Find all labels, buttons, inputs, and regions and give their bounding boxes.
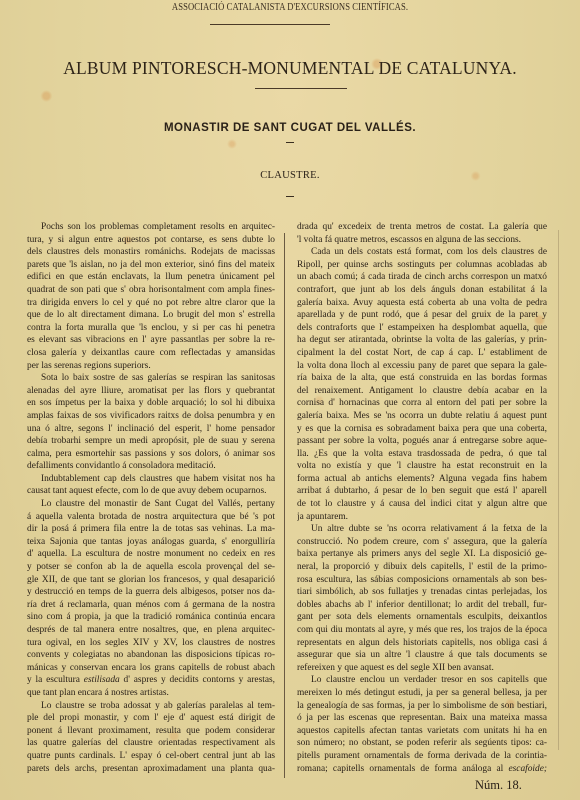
text-line: passant per sobre la volta, pogués anar … (297, 435, 547, 448)
text-line: una ó altre, segons l' inclinació del es… (27, 423, 275, 436)
text-line: causat tant aquest efecte, com lo de que… (27, 485, 275, 498)
text-line: pitells purament ornamentals de forma de… (297, 750, 547, 763)
text-line: baixa pertanye als primers anys del segl… (297, 548, 547, 561)
text-line: contrafort, que junt ab los dels ánguls … (297, 284, 547, 297)
text-line: debía trobarhi sempre un medi apropósit,… (27, 435, 275, 448)
text-line: amplas faixas de sos vivificadors raitxs… (27, 410, 275, 423)
text-line: parets dels archs, presentan aproximadam… (27, 763, 275, 776)
text-line: Lo claustre se troba adossat y ab galerí… (27, 700, 275, 713)
text-line: ó ja per las escenas que representan. Ba… (297, 712, 547, 725)
text-line: tiari simbólich, ab sos fullatjes y tren… (297, 586, 547, 599)
album-title: ALBUM PINTORESCH-MONUMENTAL DE CATALUNYA… (0, 58, 580, 79)
text-line: del renaixement. Antigament lo claustre … (297, 385, 547, 398)
page-number: Núm. 18. (475, 778, 522, 793)
text-line: calma, pera esmortehir sas passions y so… (27, 448, 275, 461)
text-line: Lo claustre del monastir de Sant Cugat d… (27, 498, 275, 511)
text-line: tura ogival, en los segles XIV y XV, los… (27, 637, 275, 650)
text-line: á aquella valenta brotada de nostra arqu… (27, 511, 275, 524)
text-line: closa galería y deixantlas caure com ref… (27, 347, 275, 360)
header-rule (210, 24, 330, 25)
text-line: com qui diu montats al ayre, y més que r… (297, 624, 547, 637)
society-header: ASSOCIACIÓ CATALANISTA D'EXCURSIONS CIEN… (52, 2, 528, 13)
text-line: mereixen lo més detingut estudi, ja per … (297, 687, 547, 700)
text-line: la genealogía de sas formas, ja per lo s… (297, 700, 547, 713)
text-line: refereixen y que aquest es del segle XII… (297, 662, 547, 675)
text-line: ponent á llevant proximament, resulta qu… (27, 725, 275, 738)
text-line: lla. ¿Es que la volta estava trasdossada… (297, 448, 547, 461)
text-line: son número; no obstant, se poden referir… (297, 737, 547, 750)
text-line: alenadas del ayre lliure, aromatisat per… (27, 385, 275, 398)
text-line: tura, y si algun entre aquestos pot cont… (27, 234, 275, 247)
text-line: edifici en que están enclavats, la llum … (27, 271, 275, 284)
text-line: ha degut ser atirantada, obrintse la vol… (297, 334, 547, 347)
text-line: Sota lo baix sostre de sas galerías se r… (27, 372, 275, 385)
text-line: drada qu' excedeix de trenta metros de c… (297, 221, 547, 234)
text-line: Un altre dubte se 'ns ocorra relativamen… (297, 523, 547, 536)
text-line: galería baixa. Avuy aquesta está coberta… (297, 297, 547, 310)
text-line: y la escultura estilisada d' aspres y de… (27, 674, 275, 687)
text-line: parets que 'ls aislan, no ja del mon ext… (27, 259, 275, 272)
text-line: la volta dona lloch al excessiu pany de … (297, 360, 547, 373)
text-line: ja apuntarem. (297, 511, 547, 524)
title-rule (255, 88, 347, 89)
text-line: construcció. No podem creure, com s' ass… (297, 536, 547, 549)
text-line: ple del propi monastir, y com l' eje d' … (27, 712, 275, 725)
text-line: en sos ímpetus per la baixa y doble arqu… (27, 397, 275, 410)
text-line: cornisa d' hornacinas que corra al entor… (297, 397, 547, 410)
text-line: ría dret á reclamarla, quan ménos com á … (27, 599, 275, 612)
text-line: quadrat de son pati que s' obra horisont… (27, 284, 275, 297)
ornament-dash (286, 142, 294, 143)
text-line: dobles abachs ab l' inferior dentillonat… (297, 599, 547, 612)
text-line: convents y colegiatas no abandonan las d… (27, 649, 275, 662)
text-line: sino com á propia, ja que la tradició ro… (27, 611, 275, 624)
text-line: Cada un dels costats está format, com lo… (297, 246, 547, 259)
text-line: tra dirigida envers lo cel y qué no pot … (27, 297, 275, 310)
text-line: cipalment la del costat Nort, de cap á c… (297, 347, 547, 360)
column-divider (284, 233, 285, 778)
text-line: després de tal manera entre nosaltres, q… (27, 624, 275, 637)
text-line: mánicas y conservan encara los grans cap… (27, 662, 275, 675)
text-line: contra la forta muralla que 'ls enclou, … (27, 322, 275, 335)
text-line: per las serenas regions superiors. (27, 360, 275, 373)
text-line: aquestos capitells afectan tantas variet… (297, 725, 547, 738)
text-line: defalliments convidantlo á consoladora m… (27, 460, 275, 473)
text-line: dir la posá á primera fila entre la de t… (27, 523, 275, 536)
text-line: Pochs son los problemas completament res… (27, 221, 275, 234)
text-line: dels claustres dels monastirs románichs.… (27, 246, 275, 259)
section-title: CLAUSTRE. (0, 170, 580, 181)
text-line: Ripoll, per quinse archs sostinguts per … (297, 259, 547, 272)
text-line: gle XII, de que tant se glorian los fran… (27, 574, 275, 587)
text-line: que tant plan encara á nostres artistas. (27, 687, 275, 700)
text-line: galería baixa. Mes se 'ns ocorra un dubt… (297, 410, 547, 423)
text-line: quatre punts cardinals. L' espay ó cel-o… (27, 750, 275, 763)
text-line: volta no existía y que 'l claustre ha es… (297, 460, 547, 473)
text-line: arribat á dubtarho, á pesar de lo ben se… (297, 485, 547, 498)
text-line: las quatre galerías del claustre orienta… (27, 737, 275, 750)
text-line: de tot lo claustre y á causa del indici … (297, 498, 547, 511)
text-line: aparellada y de punt rodó, que á pesar d… (297, 309, 547, 322)
text-line: y es que la cornisa es sobradament baixa… (297, 423, 547, 436)
text-line: romana; capitells ornamentals de forma a… (297, 763, 547, 776)
page-edge (558, 230, 559, 750)
text-line: y potser se confon ab la de aquella esco… (27, 561, 275, 574)
text-line: neral, la proporció y dibuix dels capite… (297, 561, 547, 574)
text-line: 'l volta fá quatre metros, escassos en a… (297, 234, 547, 247)
text-line: es elevant sas vibracions en l' ayre pas… (27, 334, 275, 347)
text-line: d' aquella. La escultura de nostre monum… (27, 548, 275, 561)
text-line: assegurar que sia un altre 'l claustre á… (297, 649, 547, 662)
text-line: rosa escultura, las sábias composicions … (297, 574, 547, 587)
text-line: Lo claustre enclou un verdader tresor en… (297, 674, 547, 687)
text-line: representats en algun dels historiats ca… (297, 637, 547, 650)
right-column: drada qu' excedeix de trenta metros de c… (297, 221, 547, 775)
text-line: un abach comú; á cada tirada de cinch ar… (297, 271, 547, 284)
text-line: teixa Sajonia que tantas joyas análogas … (27, 536, 275, 549)
text-line: y destrucció en temps de la guerra dels … (27, 586, 275, 599)
text-line: forma actual ab antichs elements? Alguna… (297, 473, 547, 486)
monument-title: MONASTIR DE SANT CUGAT DEL VALLÉS. (0, 122, 580, 134)
ornament-dash (286, 196, 294, 197)
left-column: Pochs son los problemas completament res… (27, 221, 275, 775)
text-line: gant per sota dels elements ornamentals … (297, 611, 547, 624)
text-line: ría baixa de la alta, que está construid… (297, 372, 547, 385)
text-line: que de lo alt directament dimana. Lo bru… (27, 309, 275, 322)
text-line: Indubtablement cap dels claustres que ha… (27, 473, 275, 486)
text-line: dels contraforts que l' estampeixen ha d… (297, 322, 547, 335)
